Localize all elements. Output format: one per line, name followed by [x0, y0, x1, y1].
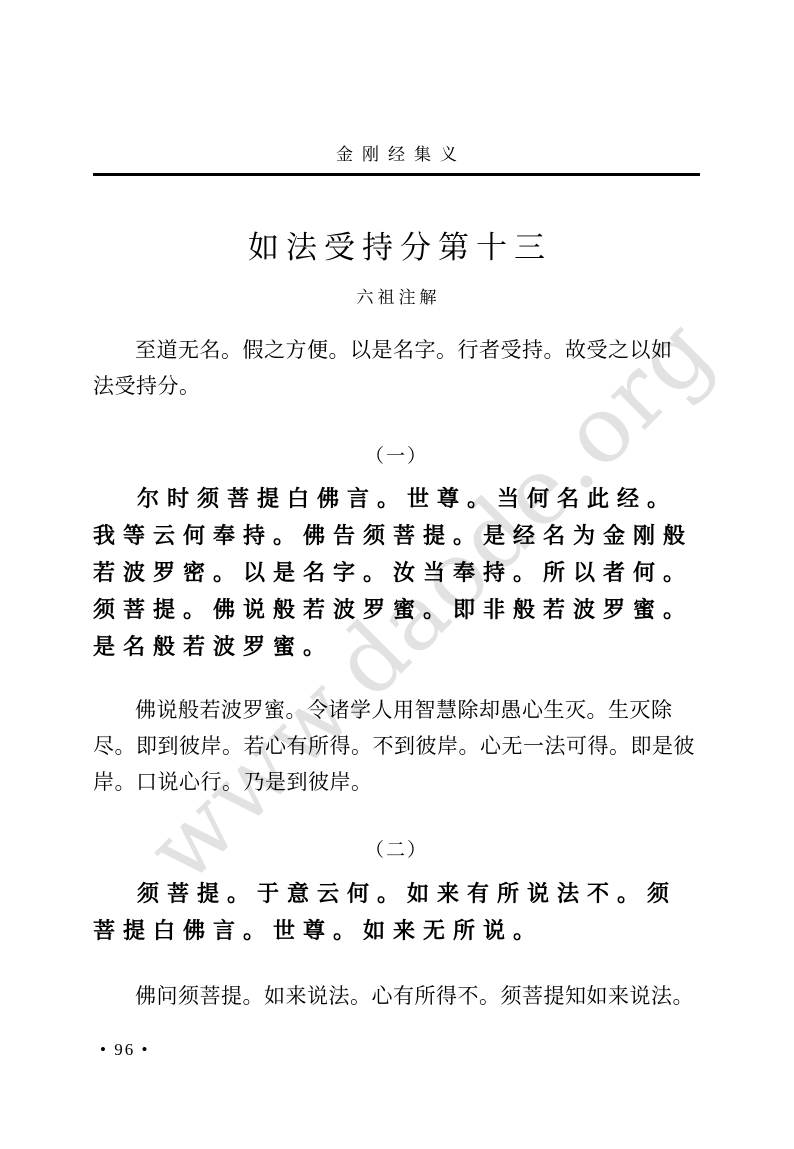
text-line: 我等云何奉持。佛告须菩提。是经名为金刚般: [93, 517, 705, 554]
text-line: 须菩提。佛说般若波罗蜜。即非般若波罗蜜。: [93, 591, 705, 628]
text-line: 须菩提。于意云何。如来有所说法不。须: [93, 875, 705, 912]
book-page: www.daode.org 金刚经集义 如法受持分第十三 六祖注解 至道无名。假…: [0, 0, 794, 1149]
text-line: 佛说般若波罗蜜。令诸学人用智慧除却愚心生灭。生灭除: [93, 692, 705, 728]
section-2-sutra-paragraph: 须菩提。于意云何。如来有所说法不。须 菩提白佛言。世尊。如来无所说。: [93, 875, 705, 949]
text-line: 尽。即到彼岸。若心有所得。不到彼岸。心无一法可得。即是彼: [93, 728, 705, 764]
section-2-commentary-paragraph: 佛问须菩提。如来说法。心有所得不。须菩提知如来说法。: [93, 978, 705, 1014]
section-1-commentary-paragraph: 佛说般若波罗蜜。令诸学人用智慧除却愚心生灭。生灭除 尽。即到彼岸。若心有所得。不…: [93, 692, 705, 800]
chapter-title: 如法受持分第十三: [93, 222, 700, 267]
text-line: 法受持分。: [93, 368, 705, 404]
chapter-subtitle: 六祖注解: [93, 283, 700, 308]
text-line: 菩提白佛言。世尊。如来无所说。: [93, 912, 705, 949]
text-line: 岸。口说心行。乃是到彼岸。: [93, 764, 705, 800]
running-header: 金刚经集义: [93, 140, 700, 165]
page-number: • 96 •: [100, 1040, 149, 1060]
header-rule: [93, 173, 700, 176]
text-line: 至道无名。假之方便。以是名字。行者受持。故受之以如: [93, 332, 705, 368]
section-1-sutra-paragraph: 尔时须菩提白佛言。世尊。当何名此经。 我等云何奉持。佛告须菩提。是经名为金刚般 …: [93, 480, 705, 665]
text-line: 是名般若波罗蜜。: [93, 628, 705, 665]
text-line: 佛问须菩提。如来说法。心有所得不。须菩提知如来说法。: [93, 978, 705, 1014]
text-line: 尔时须菩提白佛言。世尊。当何名此经。: [93, 480, 705, 517]
section-2-label: （二）: [93, 835, 700, 862]
opening-note-paragraph: 至道无名。假之方便。以是名字。行者受持。故受之以如 法受持分。: [93, 332, 705, 404]
text-line: 若波罗密。以是名字。汝当奉持。所以者何。: [93, 554, 705, 591]
section-1-label: （一）: [93, 441, 700, 468]
